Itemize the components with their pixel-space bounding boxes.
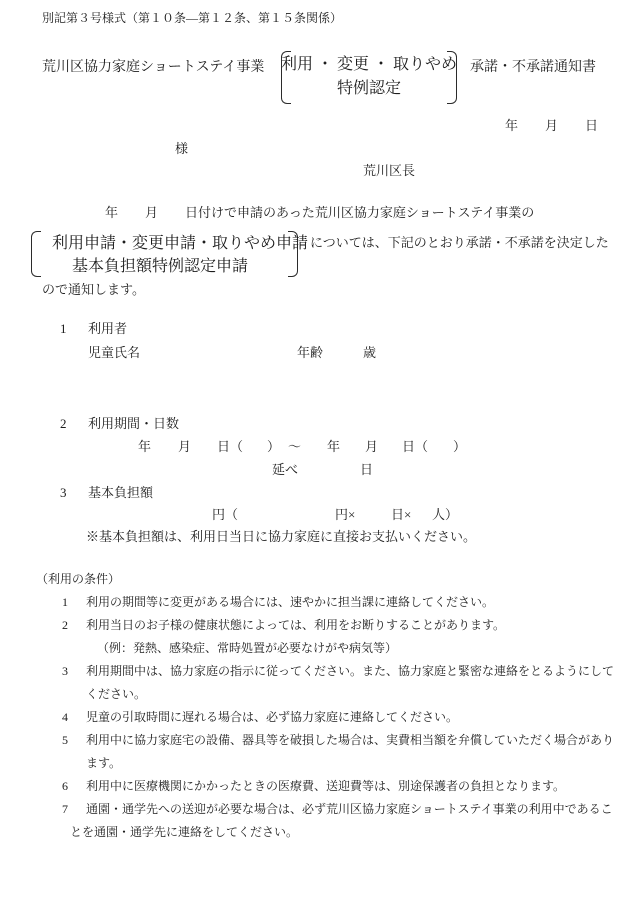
- section1-number: 1: [60, 322, 67, 337]
- application-type-line1: 利用申請・変更申請・取りやめ申請: [52, 235, 298, 253]
- date-month-label: 月: [545, 119, 558, 134]
- period-start-day: 日（: [217, 440, 243, 455]
- date-day-label: 日: [585, 119, 598, 134]
- intro-applied-text: 日付けで申請のあった荒川区協力家庭ショートステイ事業の: [185, 206, 534, 221]
- bracket-left-hook: [31, 231, 41, 277]
- condition-text-continued: ください。: [86, 688, 146, 702]
- condition-text: 児童の引取時間に遅れる場合は、必ず協力家庭に連絡してください。: [86, 711, 458, 725]
- amount-day-times: 日×: [391, 508, 411, 523]
- condition-number: 3: [62, 665, 68, 679]
- period-start-year: 年: [138, 440, 151, 455]
- condition-text: 利用中に医療機関にかかったときの医療費、送迎費等は、別途保護者の負担となります。: [86, 780, 565, 794]
- condition-number: 2: [62, 619, 68, 633]
- condition-example-text: （例：発熱、感染症、常時処置が必要なけがや病気等）: [97, 642, 397, 656]
- condition-text-continued: とを通園・通学先に連絡をしてください。: [70, 826, 298, 840]
- condition-number: 6: [62, 780, 68, 794]
- title-option-bracket: 利用 ・ 変更 ・ 取りやめ 特例認定: [281, 51, 457, 104]
- condition-text: 通園・通学先への送迎が必要な場合は、必ず荒川区協力家庭ショートステイ事業の利用中…: [86, 803, 613, 817]
- title-option-line1: 利用 ・ 変更 ・ 取りやめ: [281, 56, 457, 74]
- period-start-month: 月: [178, 440, 191, 455]
- conditions-heading: （利用の条件）: [36, 573, 120, 587]
- amount-yen-times: 円×: [335, 508, 355, 523]
- title-program: 荒川区協力家庭ショートステイ事業: [42, 60, 264, 76]
- addressee-sama: 様: [175, 142, 188, 157]
- total-days-label: 延べ: [272, 463, 298, 478]
- amount-note: ※基本負担額は、利用日当日に協力家庭に直接お支払いください。: [86, 530, 476, 545]
- condition-text: 利用期間中は、協力家庭の指示に従ってください。また、協力家庭と緊密な連絡をとるよ…: [86, 665, 614, 679]
- intro-month-label: 月: [145, 206, 158, 221]
- condition-number: 7: [62, 803, 68, 817]
- section2-title: 利用期間・日数: [88, 417, 179, 432]
- period-tilde: ～: [288, 440, 301, 455]
- title-option-line2: 特例認定: [281, 80, 457, 98]
- condition-text: 利用中に協力家庭宅の設備、器具等を破損した場合は、実費相当額を弁償していただく場…: [86, 734, 614, 748]
- condition-text: 利用の期間等に変更がある場合には、速やかに担当課に連絡してください。: [86, 596, 494, 610]
- amount-yen-open: 円（: [212, 508, 238, 523]
- intro-closing-text: ので通知します。: [42, 283, 145, 298]
- application-type-bracket: 利用申請・変更申請・取りやめ申請 基本負担額特例認定申請: [31, 231, 298, 277]
- period-end-month: 月: [365, 440, 378, 455]
- date-year-label: 年: [505, 119, 518, 134]
- section2-number: 2: [60, 417, 67, 432]
- condition-number: 1: [62, 596, 68, 610]
- title-suffix: 承諾・不承諾通知書: [470, 60, 596, 76]
- age-unit-label: 歳: [363, 346, 376, 361]
- period-end-day: 日（: [402, 440, 428, 455]
- condition-text-continued: ます。: [86, 757, 121, 771]
- section3-number: 3: [60, 486, 67, 501]
- condition-number: 5: [62, 734, 68, 748]
- child-name-label: 児童氏名: [88, 346, 140, 361]
- section3-title: 基本負担額: [88, 486, 153, 501]
- intro-decision-text: については、下記のとおり承諾・不承諾を決定した: [310, 236, 609, 251]
- period-end-year: 年: [327, 440, 340, 455]
- document-page: 別記第３号様式（第１０条―第１２条、第１５条関係） 荒川区協力家庭ショートステイ…: [0, 0, 630, 903]
- form-number: 別記第３号様式（第１０条―第１２条、第１５条関係）: [42, 12, 342, 26]
- intro-year-label: 年: [105, 206, 118, 221]
- application-type-line2: 基本負担額特例認定申請: [72, 258, 298, 276]
- condition-text: 利用当日のお子様の健康状態によっては、利用をお断りすることがあります。: [86, 619, 505, 633]
- amount-person-close: 人）: [432, 508, 458, 523]
- section1-title: 利用者: [88, 322, 127, 337]
- period-start-close: ）: [267, 440, 280, 455]
- condition-number: 4: [62, 711, 68, 725]
- period-end-close: ）: [453, 440, 466, 455]
- sender-mayor: 荒川区長: [363, 164, 415, 179]
- age-label: 年齢: [297, 346, 323, 361]
- total-days-unit: 日: [360, 463, 373, 478]
